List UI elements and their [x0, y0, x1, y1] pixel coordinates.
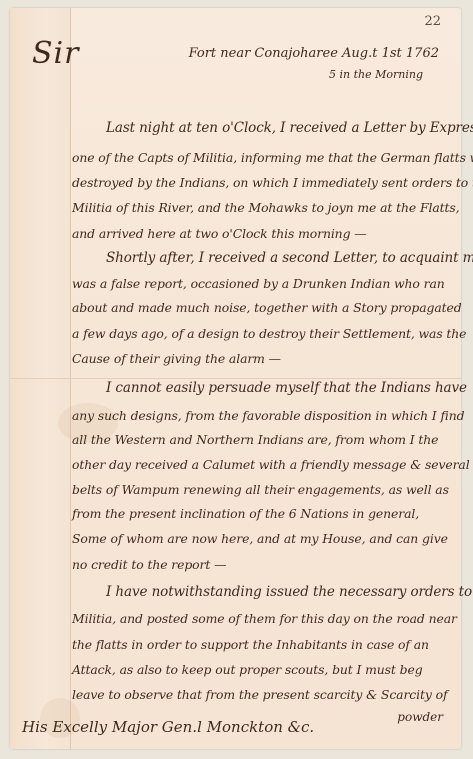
body-line: about and made much noise, together with…	[72, 300, 462, 315]
body-line: a few days ago, of a design to destroy t…	[72, 326, 466, 341]
addressee: His Excelly Major Gen.l Monckton &c.	[22, 718, 314, 736]
body-line: I have notwithstanding issued the necess…	[106, 584, 473, 600]
body-line: the flatts in order to support the Inhab…	[72, 637, 429, 652]
catchword: powder	[397, 710, 443, 724]
body-line: was a false report, occasioned by a Drun…	[72, 276, 445, 291]
time-of-writing: 5 in the Morning	[329, 68, 423, 81]
body-line: destroyed by the Indians, on which I imm…	[72, 175, 473, 190]
body-line: Last night at ten o'Clock, I received a …	[106, 120, 473, 136]
body-line: belts of Wampum renewing all their engag…	[72, 482, 449, 497]
body-line: and arrived here at two o'Clock this mor…	[72, 226, 367, 241]
body-line: other day received a Calumet with a frie…	[72, 457, 470, 472]
body-line: Some of whom are now here, and at my Hou…	[72, 531, 448, 546]
body-line: one of the Capts of Militia, informing m…	[72, 150, 473, 165]
page-number: 22	[424, 14, 441, 29]
body-line: I cannot easily persuade myself that the…	[106, 380, 467, 396]
salutation: Sir	[32, 36, 80, 71]
body-line: from the present inclination of the 6 Na…	[72, 506, 419, 521]
body-line: Shortly after, I received a second Lette…	[106, 250, 473, 266]
body-line: Militia of this River, and the Mohawks t…	[72, 200, 459, 215]
body-line: any such designs, from the favorable dis…	[72, 408, 465, 423]
fold-crease	[10, 378, 461, 379]
body-line: all the Western and Northern Indians are…	[72, 432, 438, 447]
body-line: Militia, and posted some of them for thi…	[72, 611, 457, 626]
body-line: Attack, as also to keep out proper scout…	[72, 662, 423, 677]
dateline: Fort near Conajoharee Aug.t 1st 1762	[189, 46, 439, 61]
body-line: Cause of their giving the alarm —	[72, 351, 281, 366]
letter-page: 22 Sir Fort near Conajoharee Aug.t 1st 1…	[10, 8, 461, 749]
body-line: leave to observe that from the present s…	[72, 687, 447, 702]
body-line: no credit to the report —	[72, 557, 226, 572]
